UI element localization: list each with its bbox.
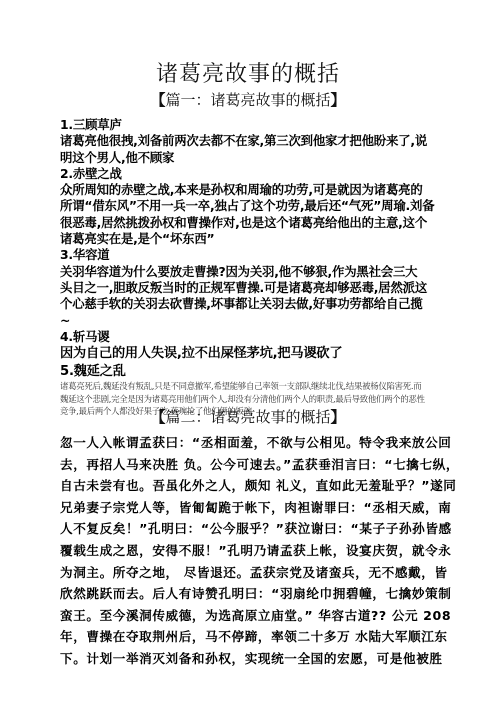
paragraph-line: 自古未尝有也。吾虽化外之人，颇知 礼义，直如此无羞耻乎？”遂同 (60, 475, 444, 497)
paragraph-line: 下。计划一举消灭刘备和孙权，实现统一全国的宏愿，可是他被胜 (60, 648, 444, 670)
paragraph-line: 个心慈手软的关羽去砍曹操,坏事都让关羽去做,好事功劳都给自己揽 (60, 296, 444, 312)
paragraph-line-small: 诸葛亮死后,魏延没有叛乱,只是不同意撤军,希望能够自己率领一支部队继续北伐,结果… (60, 380, 444, 393)
right-bracket: 】 (331, 408, 346, 426)
right-bracket: 】 (331, 91, 346, 109)
left-bracket: 【 (150, 408, 165, 426)
paragraph-line: 众所周知的赤壁之战,本来是孙权和周瑜的功劳,可是就因为诸葛亮的 (60, 182, 444, 198)
paragraph-line: 因为自己的用人失误,拉不出屎怪茅坑,把马谡砍了 (60, 345, 444, 363)
paragraph-line: 明这个男人,他不顾家 (60, 150, 444, 166)
paragraph-line: 年，曹操在夺取荆州后，马不停蹄，率领二十多万 水陆大军顺江东 (60, 626, 444, 648)
document-title: 诸葛亮故事的概括 (0, 62, 496, 88)
subheading-zhan-masu: 4.斩马谡 (60, 329, 444, 345)
section-2-body: 忽一人入帐谓孟获曰：“丞相面羞，不欲与公相见。特令我来放公回 去，再招人马来决胜… (60, 432, 444, 670)
paragraph-line: ~ (60, 313, 444, 329)
section-1-body: 1.三顾草庐 诸葛亮他很拽,刘备前两次去都不在家,第三次到他家才把他盼来了,说 … (60, 117, 444, 418)
section-heading-1: 【篇一：诸葛亮故事的概括】 (0, 90, 496, 110)
paragraph-line: 头目之一,胆敢反叛当时的正规军曹操.可是诸葛亮却够恶毒,居然派这 (60, 280, 444, 296)
subheading-chibi: 2.赤壁之战 (60, 166, 444, 182)
subheading-huarongdao: 3.华容道 (60, 247, 444, 263)
paragraph-line: 关羽华容道为什么要放走曹操?因为关羽,他不够狠,作为黑社会三大 (60, 264, 444, 280)
paragraph-line: 人不复反矣！”孔明曰：“公今服乎？”获泣谢曰：“某子子孙孙皆感 (60, 518, 444, 540)
section-heading-2-text: 篇二：诸葛亮故事的概括 (165, 408, 330, 426)
paragraph-line: 兄弟妻子宗党人等，皆匍匐跪于帐下，肉袒谢罪曰：“丞相天威，南 (60, 497, 444, 519)
paragraph-line: 诸葛亮实在是,是个“坏东西” (60, 231, 444, 247)
section-heading-1-text: 篇一：诸葛亮故事的概括 (165, 91, 330, 109)
subheading-sangu-caolu: 1.三顾草庐 (60, 117, 444, 133)
paragraph-line: 去，再招人马来决胜 负。公今可速去。”孟获垂泪言曰：“七擒七纵， (60, 454, 444, 476)
document-page: 诸葛亮故事的概括 【篇一：诸葛亮故事的概括】 1.三顾草庐 诸葛亮他很拽,刘备前… (0, 0, 496, 702)
paragraph-line: 覆载生成之恩，安得不服！”孔明乃请孟获上帐，设宴庆贺，就令永 (60, 540, 444, 562)
paragraph-line: 忽一人入帐谓孟获曰：“丞相面羞，不欲与公相见。特令我来放公回 (60, 432, 444, 454)
section-heading-2: 【篇二：诸葛亮故事的概括】 (0, 407, 496, 427)
paragraph-line-small: 魏延这个悲剧,完全是因为诸葛亮用他们两个人,却没有分清他们两个人的职责,最后导致… (60, 393, 444, 406)
left-bracket: 【 (150, 91, 165, 109)
paragraph-line: 所谓“借东风”不用一兵一卒,独占了这个功劳,最后还“气死”周瑜.刘备 (60, 198, 444, 214)
paragraph-line: 蛮王。至今溪洞传威德，为选高原立庙堂。” 华容古道?? 公元 208 (60, 605, 444, 627)
paragraph-line: 欣然跳跃而去。后人有诗赞孔明曰：“羽扇纶巾拥碧幢，七擒妙策制 (60, 583, 444, 605)
paragraph-line: 很恶毒,居然挑拨孙权和曹操作对,也是这个诸葛亮给他出的主意,这个 (60, 215, 444, 231)
paragraph-line: 为洞主。所夺之地， 尽皆退还。孟获宗党及诸蛮兵，无不感戴，皆 (60, 562, 444, 584)
subheading-weiyan: 5.魏延之乱 (60, 363, 444, 381)
paragraph-line: 诸葛亮他很拽,刘备前两次去都不在家,第三次到他家才把他盼来了,说 (60, 133, 444, 149)
